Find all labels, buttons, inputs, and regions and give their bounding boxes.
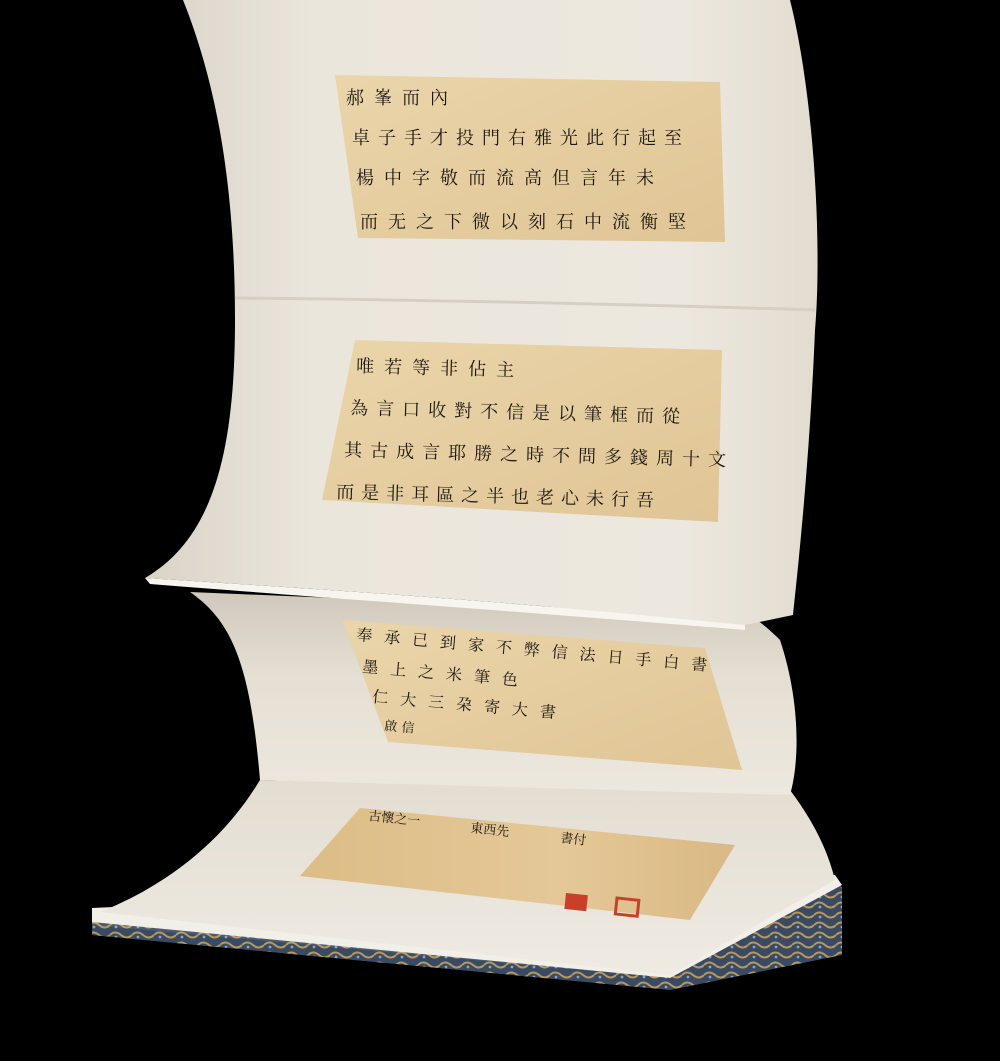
svg-text:卓子手才投門右雅光此行起至: 卓子手才投門右雅光此行起至 (352, 127, 690, 149)
svg-text:而无之下微以刻石中流衡堅: 而无之下微以刻石中流衡堅 (360, 212, 696, 233)
svg-text:啟 信: 啟 信 (384, 718, 415, 737)
svg-text:唯若等非佔主: 唯若等非佔主 (356, 356, 524, 381)
leaf-1-2: 郝峯而內 卓子手才投門右雅光此行起至 楊中字敬而流高但言年未 而无之下微以刻石中… (145, 0, 818, 630)
album-photo: 古懷之一 東西先 書付 奉承已到家不弊信法日手白書 墨上之米筆色 仁大三朶寄大書… (0, 0, 1000, 1061)
svg-text:郝峯而內: 郝峯而內 (346, 88, 458, 109)
seal-intaglio (564, 893, 588, 911)
svg-text:楊中字敬而流高但言年未: 楊中字敬而流高但言年未 (356, 167, 664, 189)
svg-text:書付: 書付 (560, 831, 587, 849)
